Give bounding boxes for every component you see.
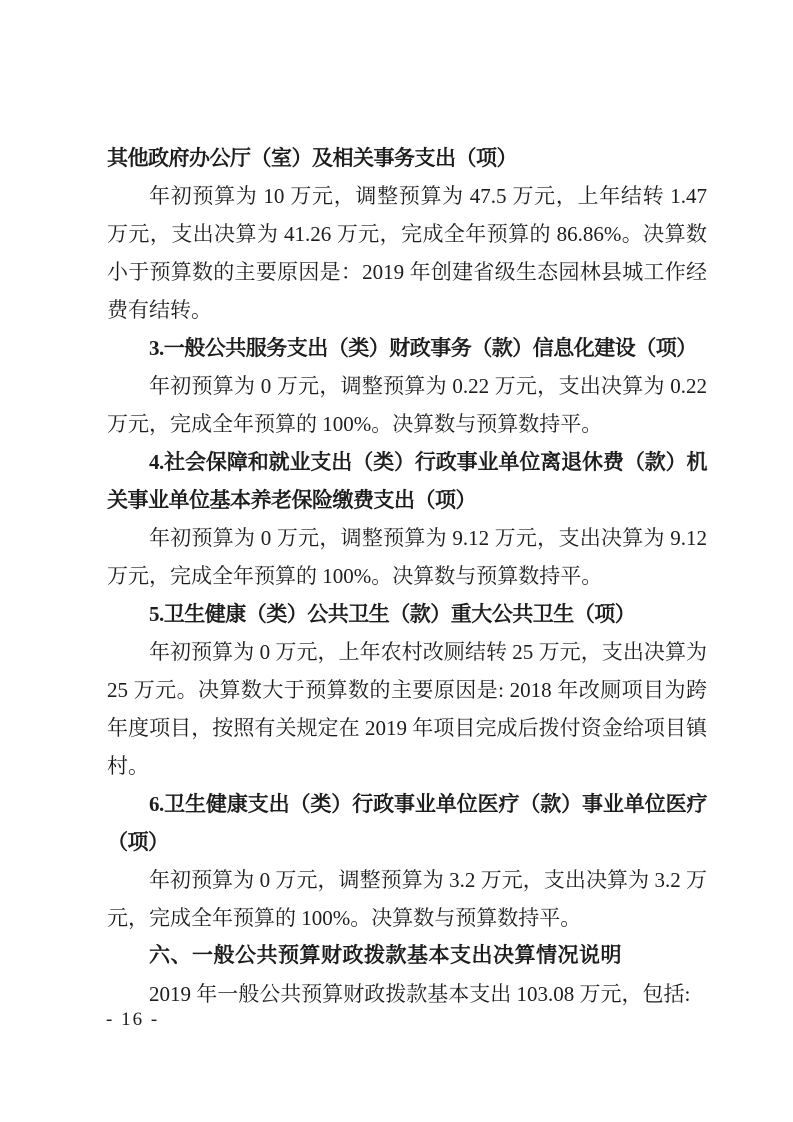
part-six-paragraph: 2019 年一般公共预算财政拨款基本支出 103.08 万元，包括: bbox=[107, 975, 707, 1013]
section-heading-continuation: 其他政府办公厅（室）及相关事务支出（项） bbox=[107, 139, 707, 177]
section-continuation-paragraph: 年初预算为 10 万元，调整预算为 47.5 万元，上年结转 1.47 万元，支… bbox=[107, 177, 707, 329]
section-6-paragraph: 年初预算为 0 万元，调整预算为 3.2 万元，支出决算为 3.2 万元，完成全… bbox=[107, 861, 707, 937]
page-body-text: 其他政府办公厅（室）及相关事务支出（项） 年初预算为 10 万元，调整预算为 4… bbox=[107, 139, 707, 1013]
section-heading-6: 6.卫生健康支出（类）行政事业单位医疗（款）事业单位医疗（项） bbox=[107, 785, 707, 861]
section-5-paragraph: 年初预算为 0 万元，上年农村改厕结转 25 万元，支出决算为 25 万元。决算… bbox=[107, 633, 707, 785]
section-4-paragraph: 年初预算为 0 万元，调整预算为 9.12 万元，支出决算为 9.12 万元，完… bbox=[107, 519, 707, 595]
document-page: 其他政府办公厅（室）及相关事务支出（项） 年初预算为 10 万元，调整预算为 4… bbox=[0, 0, 793, 1122]
page-number-label: - 16 - bbox=[106, 1006, 159, 1034]
section-heading-5: 5.卫生健康（类）公共卫生（款）重大公共卫生（项） bbox=[107, 595, 707, 633]
section-heading-3: 3.一般公共服务支出（类）财政事务（款）信息化建设（项） bbox=[107, 329, 707, 367]
section-heading-part-six: 六、一般公共预算财政拨款基本支出决算情况说明 bbox=[107, 937, 707, 975]
section-3-paragraph: 年初预算为 0 万元，调整预算为 0.22 万元，支出决算为 0.22 万元，完… bbox=[107, 367, 707, 443]
section-heading-4: 4.社会保障和就业支出（类）行政事业单位离退休费（款）机关事业单位基本养老保险缴… bbox=[107, 443, 707, 519]
